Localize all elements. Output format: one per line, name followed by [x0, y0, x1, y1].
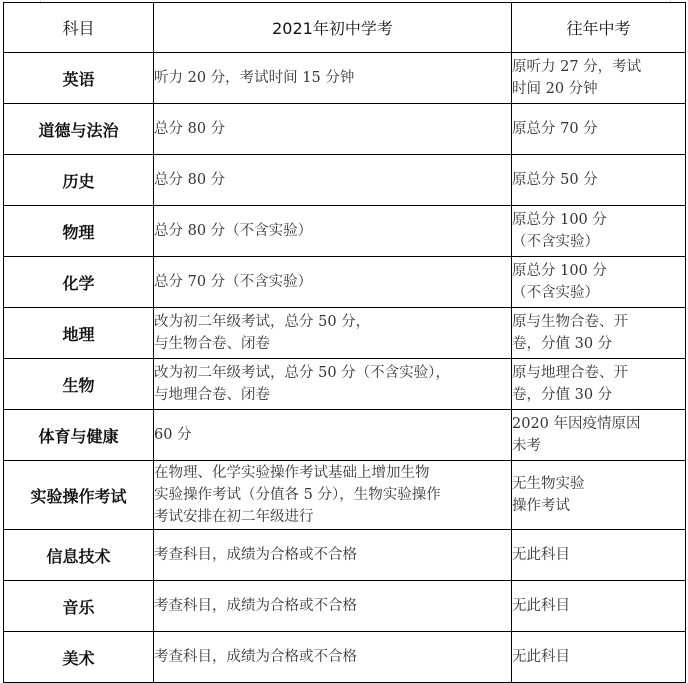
table-row-english: 英语 听力 20 分，考试时间 15 分钟 原听力 27 分，考试时间 20 分… [4, 53, 686, 104]
cell-line: 与生物合卷、闭卷 [154, 333, 511, 355]
cell-line: 无此科目 [512, 646, 685, 668]
cell-line: 总分 80 分 [154, 169, 511, 191]
previous-cell: 原与生物合卷、开卷，分值 30 分 [512, 308, 686, 359]
cell-line: 考查科目，成绩为合格或不合格 [154, 646, 511, 668]
subject-cell: 化学 [4, 257, 154, 308]
subject-cell: 体育与健康 [4, 410, 154, 461]
cell-line: 改为初二年级考试，总分 50 分， [154, 311, 511, 333]
previous-cell: 无生物实验操作考试 [512, 461, 686, 530]
cell-line: 操作考试 [512, 495, 685, 517]
cell-line: 无此科目 [512, 595, 685, 617]
cell-line: 原与地理合卷、开 [512, 362, 685, 384]
previous-cell: 无此科目 [512, 530, 686, 581]
current-cell: 总分 80 分 [154, 155, 512, 206]
cell-line: 改为初二年级考试，总分 50 分（不含实验）， [154, 362, 511, 384]
current-cell: 改为初二年级考试，总分 50 分（不含实验），与地理合卷、闭卷 [154, 359, 512, 410]
previous-cell: 2020 年因疫情原因未考 [512, 410, 686, 461]
cell-line: 原总分 100 分 [512, 209, 685, 231]
current-cell: 总分 80 分 [154, 104, 512, 155]
previous-cell: 原总分 100 分（不含实验） [512, 257, 686, 308]
header-row: 科目 2021年初中学考 往年中考 [4, 3, 686, 53]
previous-cell: 无此科目 [512, 581, 686, 632]
table-row-art: 美术 考查科目，成绩为合格或不合格 无此科目 [4, 632, 686, 683]
cell-line: 未考 [512, 435, 685, 457]
subject-cell: 音乐 [4, 581, 154, 632]
current-cell: 听力 20 分，考试时间 15 分钟 [154, 53, 512, 104]
cell-line: 无生物实验 [512, 473, 685, 495]
cell-line: 实验操作考试（分值各 5 分），生物实验操作 [154, 484, 511, 506]
previous-cell: 原总分 100 分（不含实验） [512, 206, 686, 257]
table-row-geography: 地理 改为初二年级考试，总分 50 分，与生物合卷、闭卷 原与生物合卷、开卷，分… [4, 308, 686, 359]
subject-cell: 信息技术 [4, 530, 154, 581]
table-row-physics: 物理 总分 80 分（不含实验） 原总分 100 分（不含实验） [4, 206, 686, 257]
cell-line: 原听力 27 分，考试 [512, 56, 685, 78]
previous-cell: 无此科目 [512, 632, 686, 683]
header-2021-exam: 2021年初中学考 [154, 3, 512, 53]
current-cell: 考查科目，成绩为合格或不合格 [154, 632, 512, 683]
cell-line: 考查科目，成绩为合格或不合格 [154, 544, 511, 566]
previous-cell: 原总分 70 分 [512, 104, 686, 155]
header-subject: 科目 [4, 3, 154, 53]
cell-line: 60 分 [154, 424, 511, 446]
table-row-pe-health: 体育与健康 60 分 2020 年因疫情原因未考 [4, 410, 686, 461]
cell-line: 原与生物合卷、开 [512, 311, 685, 333]
table-row-music: 音乐 考查科目，成绩为合格或不合格 无此科目 [4, 581, 686, 632]
cell-line: 卷，分值 30 分 [512, 333, 685, 355]
current-cell: 在物理、化学实验操作考试基础上增加生物实验操作考试（分值各 5 分），生物实验操… [154, 461, 512, 530]
subject-cell: 道德与法治 [4, 104, 154, 155]
subject-cell: 生物 [4, 359, 154, 410]
cell-line: 与地理合卷、闭卷 [154, 384, 511, 406]
cell-line: 原总分 70 分 [512, 118, 685, 140]
cell-line: 总分 80 分 [154, 118, 511, 140]
previous-cell: 原与地理合卷、开卷，分值 30 分 [512, 359, 686, 410]
table-row-biology: 生物 改为初二年级考试，总分 50 分（不含实验），与地理合卷、闭卷 原与地理合… [4, 359, 686, 410]
header-previous-exam: 往年中考 [512, 3, 686, 53]
table-row-morality-law: 道德与法治 总分 80 分 原总分 70 分 [4, 104, 686, 155]
subject-cell: 美术 [4, 632, 154, 683]
table-row-history: 历史 总分 80 分 原总分 50 分 [4, 155, 686, 206]
cell-line: 无此科目 [512, 544, 685, 566]
table-row-chemistry: 化学 总分 70 分（不含实验） 原总分 100 分（不含实验） [4, 257, 686, 308]
cell-line: 考查科目，成绩为合格或不合格 [154, 595, 511, 617]
current-cell: 考查科目，成绩为合格或不合格 [154, 581, 512, 632]
cell-line: 原总分 100 分 [512, 260, 685, 282]
current-cell: 总分 70 分（不含实验） [154, 257, 512, 308]
cell-line: 考试安排在初二年级进行 [154, 506, 511, 528]
previous-cell: 原总分 50 分 [512, 155, 686, 206]
subject-cell: 物理 [4, 206, 154, 257]
subject-cell: 历史 [4, 155, 154, 206]
current-cell: 60 分 [154, 410, 512, 461]
exam-comparison-table: 科目 2021年初中学考 往年中考 英语 听力 20 分，考试时间 15 分钟 … [3, 2, 686, 683]
current-cell: 总分 80 分（不含实验） [154, 206, 512, 257]
cell-line: 2020 年因疫情原因 [512, 413, 685, 435]
cell-line: 卷，分值 30 分 [512, 384, 685, 406]
cell-line: 时间 20 分钟 [512, 78, 685, 100]
table-row-it: 信息技术 考查科目，成绩为合格或不合格 无此科目 [4, 530, 686, 581]
current-cell: 考查科目，成绩为合格或不合格 [154, 530, 512, 581]
cell-line: 听力 20 分，考试时间 15 分钟 [154, 67, 511, 89]
cell-line: 总分 70 分（不含实验） [154, 271, 511, 293]
subject-cell: 地理 [4, 308, 154, 359]
table-row-lab-exam: 实验操作考试 在物理、化学实验操作考试基础上增加生物实验操作考试（分值各 5 分… [4, 461, 686, 530]
cell-line: （不含实验） [512, 231, 685, 253]
cell-line: 总分 80 分（不含实验） [154, 220, 511, 242]
cell-line: 原总分 50 分 [512, 169, 685, 191]
subject-cell: 英语 [4, 53, 154, 104]
current-cell: 改为初二年级考试，总分 50 分，与生物合卷、闭卷 [154, 308, 512, 359]
cell-line: 在物理、化学实验操作考试基础上增加生物 [154, 462, 511, 484]
cell-line: （不含实验） [512, 282, 685, 304]
previous-cell: 原听力 27 分，考试时间 20 分钟 [512, 53, 686, 104]
subject-cell: 实验操作考试 [4, 461, 154, 530]
